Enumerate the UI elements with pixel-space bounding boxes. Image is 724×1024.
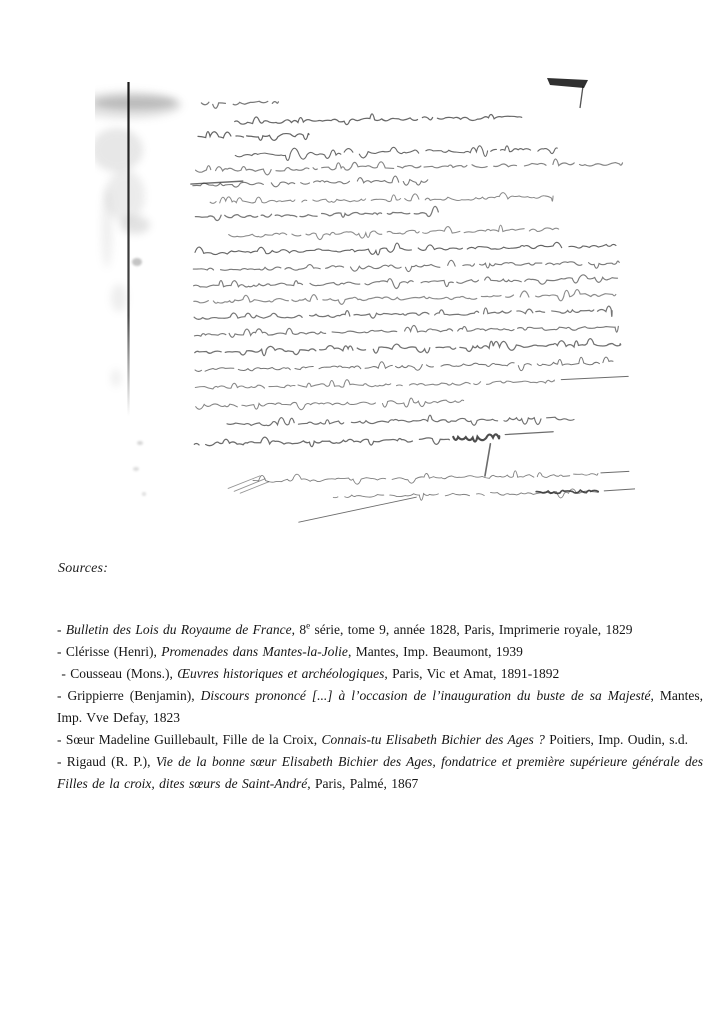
bibliography-entry-text: - (57, 622, 66, 637)
signature-stroke (453, 434, 499, 442)
document-page: Sources: - Bulletin des Lois du Royaume … (0, 0, 724, 1024)
scan-smudge (132, 258, 142, 266)
bibliography-entry-title: Connais-tu Elisabeth Bichier des Ages ? (321, 732, 544, 747)
scan-smudge (111, 284, 127, 312)
bibliography-entry: - Sœur Madeline Guillebault, Fille de la… (57, 729, 703, 751)
scan-smudge (137, 441, 143, 445)
bibliography-entry: - Grippierre (Benjamin), Discours pronon… (57, 685, 703, 729)
bibliography-list: - Bulletin des Lois du Royaume de France… (57, 619, 703, 795)
manuscript-handwriting-svg (95, 78, 635, 538)
bibliography-entry-title: Œuvres historiques et archéologiques (177, 666, 384, 681)
manuscript-scan (95, 78, 635, 538)
bibliography-entry-title: Promenades dans Mantes-la-Jolie (161, 644, 348, 659)
bibliography-entry-text: , Paris, Vic et Amat, 1891-1892 (384, 666, 559, 681)
bibliography-entry-title: Bulletin des Lois du Royaume de France (66, 622, 292, 637)
scan-smudge (111, 369, 121, 387)
bibliography-entry-text: - Clérisse (Henri), (57, 644, 161, 659)
bibliography-entry-text: - Cousseau (Mons.), (57, 666, 177, 681)
bibliography-entry-text: , Mantes, Imp. Beaumont, 1939 (348, 644, 523, 659)
scan-corner-mark (547, 78, 588, 88)
scan-smudge (120, 216, 150, 234)
bibliography-entry: - Bulletin des Lois du Royaume de France… (57, 619, 703, 641)
scan-corner-tail (580, 86, 583, 108)
scan-smudge (95, 91, 182, 119)
scan-smudge (133, 467, 139, 471)
bibliography-entry: - Clérisse (Henri), Promenades dans Mant… (57, 641, 703, 663)
bibliography-entry-text: - Rigaud (R. P.), (57, 754, 156, 769)
handwriting-strokes (188, 95, 635, 524)
bibliography-entry-text: - Sœur Madeline Guillebault, Fille de la… (57, 732, 321, 747)
bibliography-entry-title: Discours prononcé [...] à l’occasion de … (201, 688, 651, 703)
sources-heading: Sources: (58, 561, 108, 577)
scan-smudge (142, 492, 146, 496)
bibliography-entry-text: , Paris, Palmé, 1867 (307, 776, 418, 791)
bibliography-entry: - Cousseau (Mons.), Œuvres historiques e… (57, 663, 703, 685)
bibliography-entry-text: , 8 (292, 622, 307, 637)
bibliography-entry-text: série, tome 9, année 1828, Paris, Imprim… (310, 622, 632, 637)
bibliography-entry-text: - Grippierre (Benjamin), (57, 688, 201, 703)
bibliography-entry-text: Poitiers, Imp. Oudin, s.d. (545, 732, 688, 747)
scan-smudge (101, 188, 113, 268)
scan-smudge (95, 128, 143, 172)
signature-stroke (536, 490, 598, 494)
bibliography-entry: - Rigaud (R. P.), Vie de la bonne sœur E… (57, 751, 703, 795)
